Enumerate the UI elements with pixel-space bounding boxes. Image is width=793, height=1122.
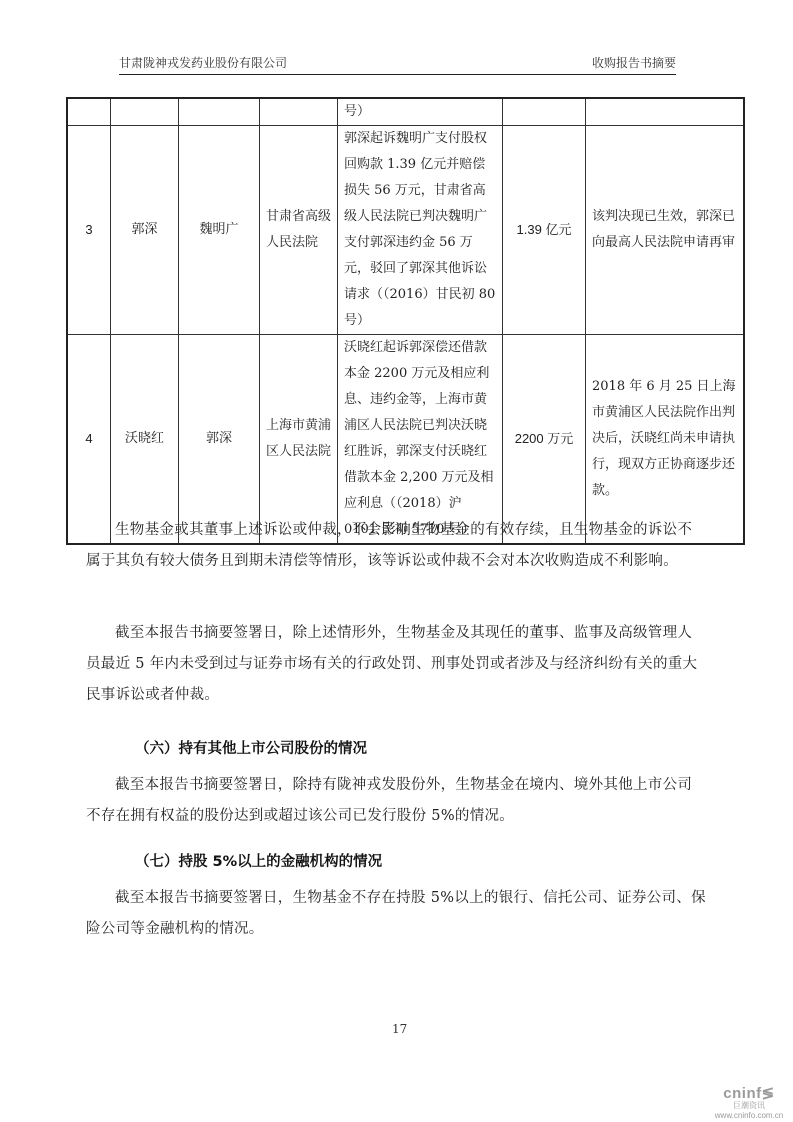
page-number: 17 <box>392 1022 407 1036</box>
logo-url: www.cninfo.com.cn <box>708 1111 790 1120</box>
case-status: 2018 年 6 月 25 日上海市黄浦区人民法院作出判决后，沃晓红尚未申请执行… <box>586 335 745 545</box>
company-name: 甘肃陇神戎发药业股份有限公司 <box>119 54 287 71</box>
section-heading-6: （六）持有其他上市公司股份的情况 <box>135 737 367 758</box>
table-row: 4 沃晓红 郭深 上海市黄浦区人民法院 沃晓红起诉郭深偿还借款本金 2200 万… <box>67 335 744 545</box>
section-heading-7: （七）持股 5%以上的金融机构的情况 <box>135 850 382 871</box>
plaintiff: 郭深 <box>111 126 179 335</box>
case-summary: 沃晓红起诉郭深偿还借款本金 2200 万元及相应利息、违约金等，上海市黄浦区人民… <box>338 335 503 545</box>
cninfo-logo: cninf≶ 巨潮资讯 www.cninfo.com.cn <box>708 1084 790 1120</box>
case-number: 4 <box>67 335 111 545</box>
paragraph-financial-institutions: 截至本报告书摘要签署日，生物基金不存在持股 5%以上的银行、信托公司、证券公司、… <box>86 883 706 945</box>
defendant: 郭深 <box>179 335 260 545</box>
defendant: 魏明广 <box>179 126 260 335</box>
case-number: 3 <box>67 126 111 335</box>
amount: 1.39 亿元 <box>503 126 586 335</box>
case-status: 该判决现已生效，郭深已向最高人民法院申请再审 <box>586 126 745 335</box>
case-summary: 郭深起诉魏明广支付股权回购款 1.39 亿元并赔偿损失 56 万元，甘肃省高级人… <box>338 126 503 335</box>
logo-chinese-name: 巨潮资讯 <box>708 1100 790 1111</box>
table-row-continuation: 号） <box>67 98 744 126</box>
page-header: 甘肃陇神戎发药业股份有限公司 收购报告书摘要 <box>119 52 676 75</box>
paragraph-no-penalties: 截至本报告书摘要签署日，除上述情形外，生物基金及其现任的董事、监事及高级管理人员… <box>86 618 706 711</box>
amount: 2200 万元 <box>503 335 586 545</box>
paragraph-litigation-impact: 生物基金或其董事上述诉讼或仲裁，不会影响生物基金的有效存续，且生物基金的诉讼不属… <box>86 515 706 577</box>
case-summary: 号） <box>338 98 503 126</box>
document-title: 收购报告书摘要 <box>592 54 676 71</box>
table-row: 3 郭深 魏明广 甘肃省高级人民法院 郭深起诉魏明广支付股权回购款 1.39 亿… <box>67 126 744 335</box>
plaintiff: 沃晓红 <box>111 335 179 545</box>
court: 甘肃省高级人民法院 <box>260 126 338 335</box>
litigation-table: 号） 3 郭深 魏明广 甘肃省高级人民法院 郭深起诉魏明广支付股权回购款 1.3… <box>66 97 745 545</box>
paragraph-other-listed-shares: 截至本报告书摘要签署日，除持有陇神戎发股份外，生物基金在境内、境外其他上市公司不… <box>86 770 706 832</box>
court: 上海市黄浦区人民法院 <box>260 335 338 545</box>
